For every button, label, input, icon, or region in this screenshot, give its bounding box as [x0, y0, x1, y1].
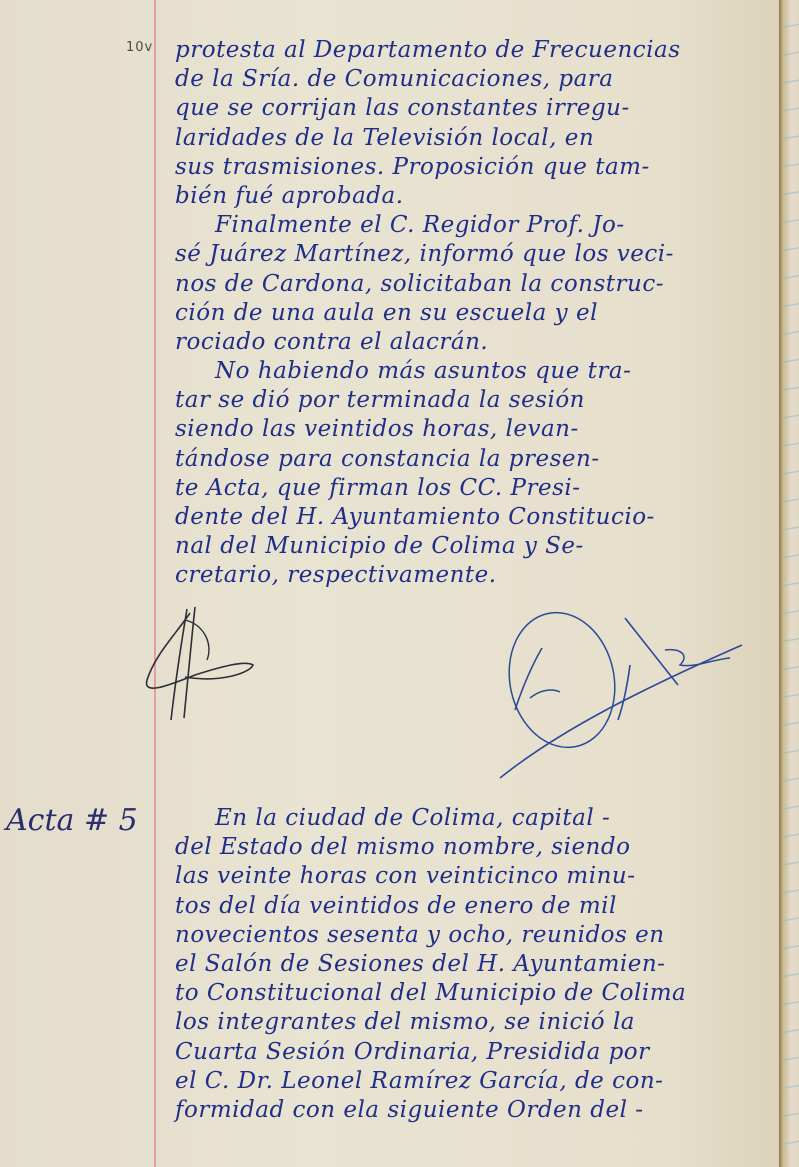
text-line: nal del Municipio de Colima y Se-	[175, 532, 770, 561]
text-line: de la Sría. de Comunicaciones, para	[175, 65, 770, 94]
text-line: el Salón de Sesiones del H. Ayuntamien-	[175, 950, 770, 979]
text-line: cretario, respectivamente.	[175, 561, 770, 590]
text-line: novecientos sesenta y ocho, reunidos en	[175, 921, 770, 950]
text-line: En la ciudad de Colima, capital -	[175, 804, 770, 833]
text-line: Finalmente el C. Regidor Prof. Jo-	[175, 211, 770, 240]
text-line: del Estado del mismo nombre, siendo	[175, 833, 770, 862]
text-line: No habiendo más asuntos que tra-	[175, 357, 770, 386]
text-line: tos del día veintidos de enero de mil	[175, 892, 770, 921]
secretary-signature	[480, 610, 760, 780]
text-line: sé Juárez Martínez, informó que los veci…	[175, 240, 770, 269]
text-line: las veinte horas con veinticinco minu-	[175, 862, 770, 891]
text-line: ción de una aula en su escuela y el	[175, 299, 770, 328]
text-line: laridades de la Televisión local, en	[175, 124, 770, 153]
text-line: tar se dió por terminada la sesión	[175, 386, 770, 415]
text-line: te Acta, que firman los CC. Presi-	[175, 474, 770, 503]
page-number: 10v	[126, 40, 153, 55]
text-line: to Constitucional del Municipio de Colim…	[175, 979, 770, 1008]
acta-number-label: Acta # 5	[6, 803, 138, 838]
text-line: nos de Cardona, solicitaban la construc-	[175, 270, 770, 299]
text-line: dente del H. Ayuntamiento Constitucio-	[175, 503, 770, 532]
text-line: Cuarta Sesión Ordinaria, Presidida por	[175, 1038, 770, 1067]
text-line: protesta al Departamento de Frecuencias	[175, 36, 770, 65]
text-line: los integrantes del mismo, se inició la	[175, 1008, 770, 1037]
facing-page-edge	[783, 0, 799, 1167]
text-line: sus trasmisiones. Proposición que tam-	[175, 153, 770, 182]
text-line: tándose para constancia la presen-	[175, 445, 770, 474]
previous-acta-text: protesta al Departamento de Frecuencias …	[175, 36, 770, 591]
text-line: siendo las veintidos horas, levan-	[175, 415, 770, 444]
text-line: rociado contra el alacrán.	[175, 328, 770, 357]
president-signature	[135, 605, 265, 725]
text-line: formidad con ela siguiente Orden del -	[175, 1096, 770, 1125]
red-margin-line	[154, 0, 156, 1167]
text-line: bién fué aprobada.	[175, 182, 770, 211]
ledger-page: 10v protesta al Departamento de Frecuenc…	[0, 0, 779, 1167]
text-line: el C. Dr. Leonel Ramírez García, de con-	[175, 1067, 770, 1096]
new-acta-text: En la ciudad de Colima, capital - del Es…	[175, 804, 770, 1125]
text-line: que se corrijan las constantes irregu-	[175, 94, 770, 123]
